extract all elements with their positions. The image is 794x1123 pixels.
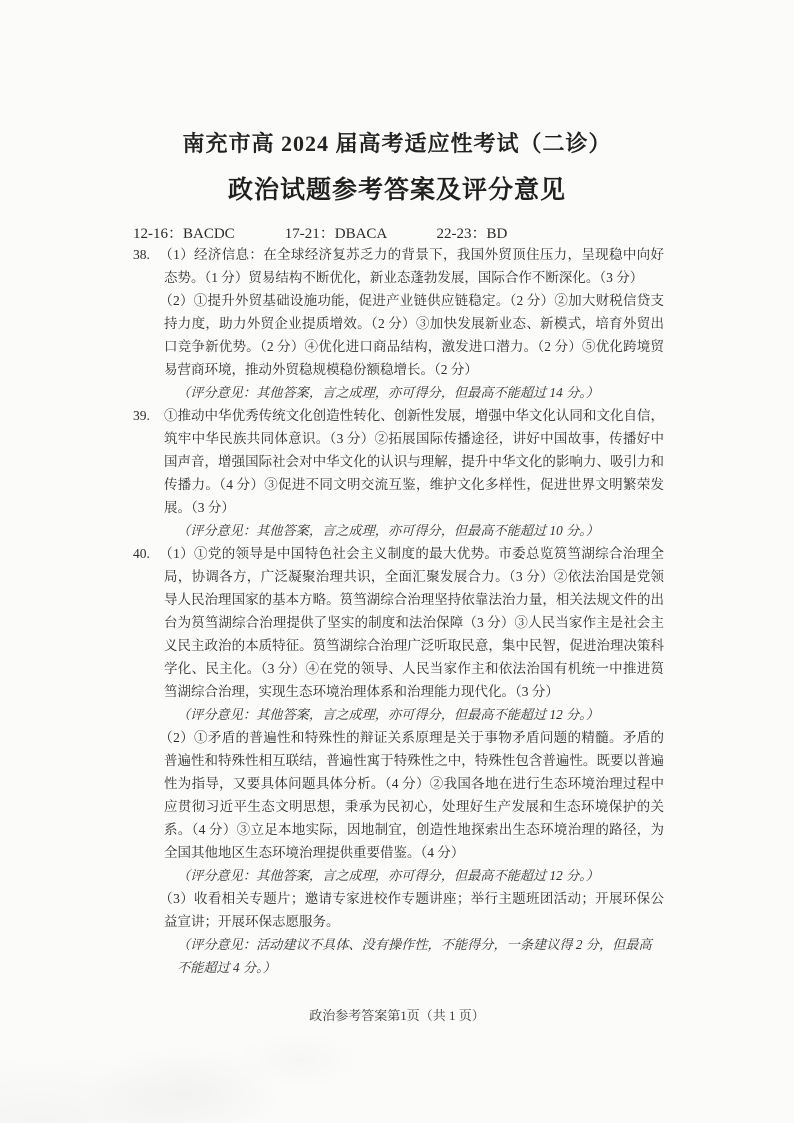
question-40-part2-answer: （2）①矛盾的普遍性和特殊性的辩证关系原理是关于事物矛盾问题的精髓。矛盾的普遍性… — [164, 726, 664, 864]
answers-subtitle: 政治试题参考答案及评分意见 — [0, 170, 794, 206]
question-38-scoring-note: （评分意见：其他答案，言之成理，亦可得分，但最高不能超过 14 分。） — [164, 381, 664, 404]
answer-key-range-17-21: 17-21：DBACA — [285, 222, 433, 243]
multiple-choice-answer-key: 12-16：BACDC 17-21：DBACA 22-23：BD — [133, 222, 507, 243]
question-40-part3-answer: （3）收看相关专题片；邀请专家进校作专题讲座；举行主题班团活动；开展环保公益宣讲… — [164, 887, 664, 933]
question-39: 39. ①推动中华优秀传统文化创造性转化、创新性发展，增强中华文化认同和文化自信… — [164, 404, 664, 542]
question-38-part1-answer: （1）经济信息：在全球经济复苏乏力的背景下，我国外贸顶住压力，呈现稳中向好态势。… — [164, 243, 664, 289]
answer-key-range-22-23: 22-23：BD — [437, 222, 508, 243]
question-38-number: 38. — [133, 243, 150, 266]
answers-body: 38. （1）经济信息：在全球经济复苏乏力的背景下，我国外贸顶住压力，呈现稳中向… — [164, 243, 664, 979]
question-40-part2-scoring-note: （评分意见：其他答案，言之成理，亦可得分，但最高不能超过 12 分。） — [164, 864, 664, 887]
question-38: 38. （1）经济信息：在全球经济复苏乏力的背景下，我国外贸顶住压力，呈现稳中向… — [164, 243, 664, 404]
page-footer: 政治参考答案第1页（共 1 页） — [0, 1005, 794, 1024]
question-40-number: 40. — [133, 542, 150, 565]
question-39-answer: ①推动中华优秀传统文化创造性转化、创新性发展，增强中华文化认同和文化自信，筑牢中… — [164, 404, 664, 519]
question-40-part1-answer: （1）①党的领导是中国特色社会主义制度的最大优势。市委总览筼筜湖综合治理全局，协… — [164, 542, 664, 703]
question-40: 40. （1）①党的领导是中国特色社会主义制度的最大优势。市委总览筼筜湖综合治理… — [164, 542, 664, 979]
question-39-number: 39. — [133, 404, 150, 427]
question-40-part1-scoring-note: （评分意见：其他答案，言之成理，亦可得分，但最高不能超过 12 分。） — [164, 703, 664, 726]
document-page: 南充市高 2024 届高考适应性考试（二诊） 政治试题参考答案及评分意见 12-… — [0, 0, 794, 1123]
answer-key-range-12-16: 12-16：BACDC — [133, 222, 281, 243]
question-40-part3-scoring-note: （评分意见：活动建议不具体、没有操作性，不能得分，一条建议得 2 分，但最高不能… — [164, 933, 664, 979]
question-39-scoring-note: （评分意见：其他答案，言之成理，亦可得分，但最高不能超过 10 分。） — [164, 519, 664, 542]
question-38-part2-answer: （2）①提升外贸基础设施功能，促进产业链供应链稳定。（2 分）②加大财税信贷支持… — [164, 289, 664, 381]
exam-title: 南充市高 2024 届高考适应性考试（二诊） — [0, 127, 794, 158]
